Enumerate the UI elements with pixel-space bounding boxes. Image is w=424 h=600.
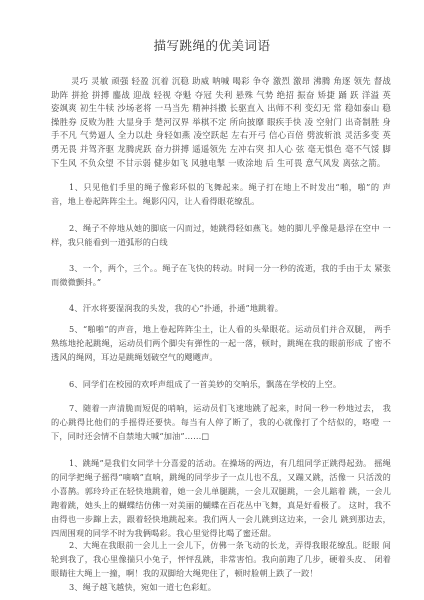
paragraph-10: 3、绳子越飞越快，宛如一道七色彩虹。 xyxy=(51,580,391,594)
paragraph-2: 2、绳子不停地从她的脚底一闪而过，她跳得轻如燕飞。她的脚儿乎像是悬浮在空中 一样… xyxy=(51,221,391,249)
paragraph-8: 1、跳绳”是我们女同学十分喜爱的活动。在操场的两边，有几组同学正跳得起劲。 摇绳… xyxy=(51,456,391,540)
document-page: 描写跳绳的优美词语 灵巧 灵敏 顽强 轻盈 沉着 沉稳 助威 呐喊 喝彩 争夺 … xyxy=(0,0,424,600)
paragraph-1: 1、只见他们手里的绳子像彩环似的飞舞起来。绳子打在地上不时发出“啪，啪”的 声音… xyxy=(51,180,391,208)
paragraph-4: 4、汗水将要湿润我的头发，我的心“扑通，扑通”地跳着。 xyxy=(51,301,391,315)
word-list: 灵巧 灵敏 顽强 轻盈 沉着 沉稳 助威 呐喊 喝彩 争夺 激烈 激昂 沸腾 角… xyxy=(51,75,391,170)
paragraph-3: 3、一个，两个，三个。。绳子在飞快的转动。时间一分一秒的流逝，我的手由于太 紧张… xyxy=(51,261,391,289)
paragraph-9: 2、大绳在我眼前一会儿上一会儿下，仿佛一条飞动的长龙，弄得我眼花缭乱。眨眼 间轮… xyxy=(51,538,391,580)
paragraph-7: 7、随着一声清脆而短促的哨响，运动员们飞速地跳了起来，时间一秒一秒地过去， 我的… xyxy=(51,401,391,443)
document-title: 描写跳绳的优美词语 xyxy=(0,36,424,54)
paragraph-6: 6、同学们在校园的欢呼声组成了一首美妙的交响乐，飘荡在学校的上空。 xyxy=(51,377,391,391)
paragraph-5: 5、“啪啪”的声音，地上卷起阵阵尘土，让人看的头晕眼花。运动员们并合双腿， 两手… xyxy=(51,322,391,364)
